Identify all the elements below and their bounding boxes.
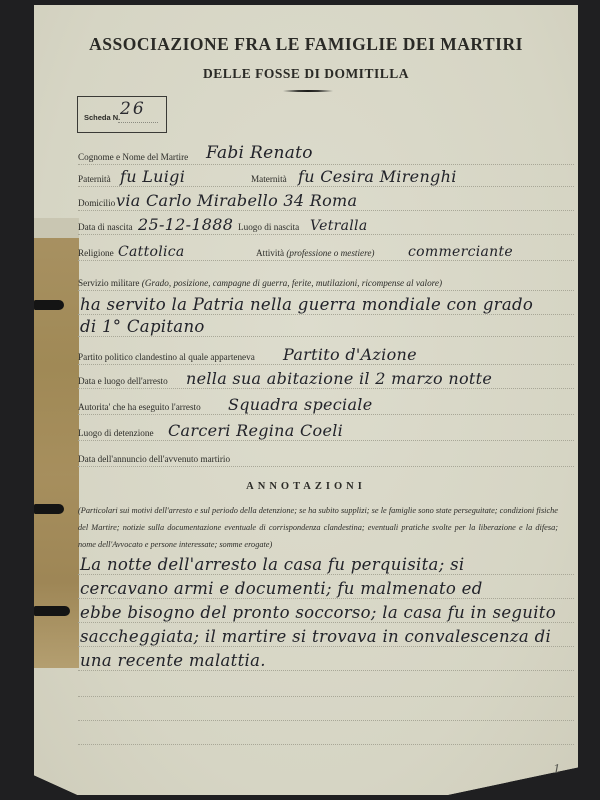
binding-clip-top	[34, 300, 64, 310]
field-maternity-value: fu Cesira Mirenghi	[298, 167, 457, 186]
field-birth-date-label: Data di nascita	[78, 222, 133, 232]
field-domicile: Domicilio via Carlo Mirabello 34 Roma	[78, 190, 574, 211]
field-domicile-label: Domicilio	[78, 198, 115, 208]
field-birth-place-value: Vetralla	[310, 218, 367, 234]
field-authority-label: Autorita' che ha eseguito l'arresto	[78, 402, 201, 412]
annotation-text: ebbe bisogno del pronto soccorso; la cas…	[80, 603, 556, 622]
field-religion-value: Cattolica	[118, 244, 185, 260]
scheda-label: Scheda N.	[84, 113, 120, 122]
field-martyrdom-announcement-label: Data dell'annuncio dell'avvenuto martiri…	[78, 454, 230, 464]
field-domicile-value: via Carlo Mirabello 34 Roma	[116, 191, 357, 210]
field-religion-activity: Religione Cattolica Attività (profession…	[78, 240, 574, 261]
field-name: Cognome e Nome del Martire Fabi Renato	[78, 144, 574, 165]
annotations-instructions: (Particolari sui motivi dell'arresto e s…	[78, 502, 558, 553]
field-martyrdom-announcement: Data dell'annuncio dell'avvenuto martiri…	[78, 446, 574, 467]
field-party: Partito politico clandestino al quale ap…	[78, 344, 574, 365]
field-religion-label: Religione	[78, 248, 114, 258]
annotation-line: una recente malattia.	[78, 648, 574, 671]
field-arrest-label: Data e luogo dell'arresto	[78, 376, 168, 386]
binding-clip-bottom	[34, 606, 70, 616]
field-birth-date-value: 25-12-1888	[138, 215, 233, 234]
field-party-value: Partito d'Azione	[283, 345, 417, 364]
document-subtitle: DELLE FOSSE DI DOMITILLA	[34, 66, 578, 82]
scheda-underline	[118, 122, 158, 123]
annotation-text: cercavano armi e documenti; fu malmenato…	[80, 579, 483, 598]
annotation-line-blank	[78, 674, 574, 697]
field-military-value-1: ha servito la Patria nella guerra mondia…	[80, 295, 533, 314]
field-activity-note: (professione o mestiere)	[286, 248, 374, 258]
field-detention: Luogo di detenzione Carceri Regina Coeli	[78, 420, 574, 441]
scheda-number: 26	[120, 99, 146, 119]
annotation-line: cercavano armi e documenti; fu malmenato…	[78, 576, 574, 599]
document-title: ASSOCIAZIONE FRA LE FAMIGLIE DEI MARTIRI	[34, 34, 578, 55]
annotation-text: una recente malattia.	[80, 651, 266, 670]
field-party-label: Partito politico clandestino al quale ap…	[78, 352, 255, 362]
field-authority: Autorita' che ha eseguito l'arresto Squa…	[78, 394, 574, 415]
page-number: 1	[553, 762, 560, 778]
annotation-line: saccheggiata; il martire si trovava in c…	[78, 624, 574, 647]
field-parents: Paternità fu Luigi Maternità fu Cesira M…	[78, 166, 574, 187]
annotation-line: La notte dell'arresto la casa fu perquis…	[78, 552, 574, 575]
field-paternity-label: Paternità	[78, 174, 111, 184]
annotation-text: saccheggiata; il martire si trovava in c…	[80, 627, 551, 646]
annotation-line: ebbe bisogno del pronto soccorso; la cas…	[78, 600, 574, 623]
field-military: Servizio militare (Grado, posizione, cam…	[78, 270, 574, 291]
field-military-note: (Grado, posizione, campagne di guerra, f…	[142, 278, 442, 288]
annotations-title: ANNOTAZIONI	[34, 481, 578, 492]
field-maternity-label: Maternità	[251, 174, 287, 184]
annotation-text: La notte dell'arresto la casa fu perquis…	[80, 555, 464, 574]
field-activity-label: Attività (professione o mestiere)	[256, 248, 375, 258]
field-military-line-2: di 1° Capitano	[78, 314, 574, 337]
field-birth-place-label: Luogo di nascita	[238, 222, 299, 232]
field-authority-value: Squadra speciale	[228, 395, 373, 414]
field-arrest: Data e luogo dell'arresto nella sua abit…	[78, 368, 574, 389]
field-military-label: Servizio militare (Grado, posizione, cam…	[78, 278, 442, 288]
title-ornament	[283, 90, 333, 92]
field-detention-label: Luogo di detenzione	[78, 428, 154, 438]
field-military-line-1: ha servito la Patria nella guerra mondia…	[78, 292, 574, 315]
field-arrest-value: nella sua abitazione il 2 marzo notte	[186, 369, 492, 388]
field-name-label: Cognome e Nome del Martire	[78, 152, 188, 162]
field-birth: Data di nascita 25-12-1888 Luogo di nasc…	[78, 214, 574, 235]
annotation-line-blank	[78, 722, 574, 745]
annotation-line-blank	[78, 698, 574, 721]
scheda-box: Scheda N. 26	[77, 96, 167, 133]
tape-residue	[34, 218, 79, 240]
field-activity-value: commerciante	[408, 244, 513, 260]
field-name-value: Fabi Renato	[206, 143, 313, 163]
binding-clip-middle	[34, 504, 64, 514]
field-detention-value: Carceri Regina Coeli	[168, 421, 343, 440]
field-military-value-2: di 1° Capitano	[80, 317, 205, 336]
field-paternity-value: fu Luigi	[120, 167, 185, 186]
